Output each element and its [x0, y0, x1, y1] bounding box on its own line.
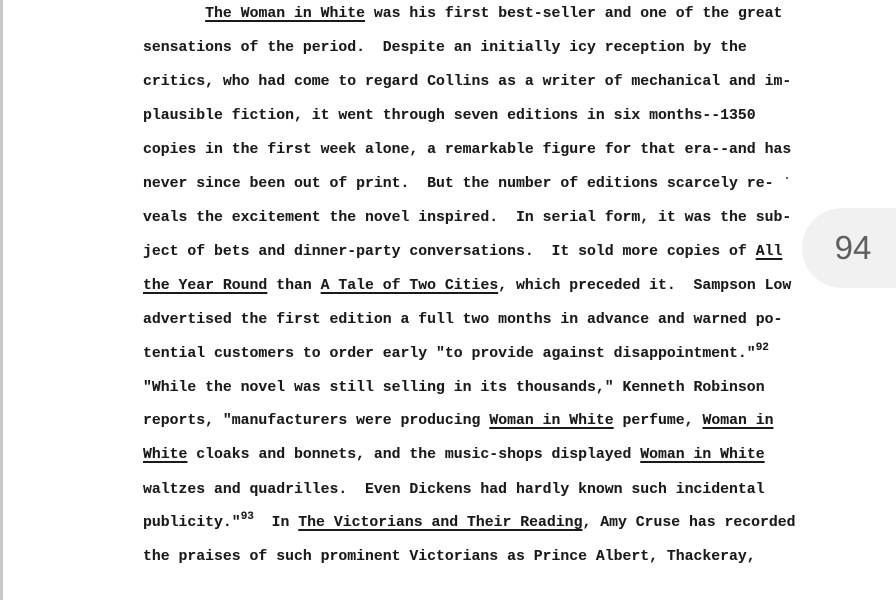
text-line: waltzes and quadrilles. Even Dickens had… [143, 480, 765, 500]
text-run: plausible fiction, it went through seven… [143, 108, 756, 124]
text-run: critics, who had come to regard Collins … [143, 74, 791, 90]
text-run: veals the excitement the novel inspired.… [143, 210, 791, 226]
text-line: copies in the first week alone, a remark… [143, 140, 791, 160]
text-run [143, 6, 205, 22]
title-reference: the Year Round [143, 278, 267, 294]
title-reference: White [143, 447, 187, 463]
text-run: the praises of such prominent Victorians… [143, 549, 756, 565]
text-line: advertised the first edition a full two … [143, 310, 782, 330]
viewer-left-border [0, 0, 3, 600]
title-reference: The Woman in White [205, 6, 365, 22]
text-run: , Amy Cruse has recorded [582, 515, 795, 531]
footnote-marker: 93 [241, 511, 254, 523]
text-run: publicity." [143, 515, 241, 531]
title-reference: The Victorians and Their Reading [298, 515, 582, 531]
text-line: the Year Round than A Tale of Two Cities… [143, 276, 791, 296]
text-run: reports, "manufacturers were producing [143, 413, 489, 429]
text-run: ject of bets and dinner-party conversati… [143, 244, 756, 260]
title-reference: All [756, 244, 783, 260]
text-run: "While the novel was still selling in it… [143, 380, 765, 396]
text-run: sensations of the period. Despite an ini… [143, 40, 747, 56]
text-run: waltzes and quadrilles. Even Dickens had… [143, 482, 765, 498]
page-number: 94 [835, 229, 872, 267]
text-run: tential customers to order early "to pro… [143, 346, 756, 362]
text-line: never since been out of print. But the n… [143, 174, 773, 194]
text-run: , which preceded it. Sampson Low [498, 278, 791, 294]
scan-speck [786, 177, 788, 179]
page-number-indicator: 94 [802, 208, 896, 288]
title-reference: Woman in [702, 413, 773, 429]
text-line: critics, who had come to regard Collins … [143, 72, 791, 92]
text-run: never since been out of print. But the n… [143, 176, 773, 192]
text-line: reports, "manufacturers were producing W… [143, 411, 773, 431]
title-reference: Woman in White [489, 413, 613, 429]
text-line: "While the novel was still selling in it… [143, 378, 765, 398]
footnote-marker: 92 [756, 342, 769, 354]
text-run: In [254, 515, 298, 531]
title-reference: A Tale of Two Cities [321, 278, 499, 294]
text-line: The Woman in White was his first best-se… [143, 4, 782, 24]
text-line: publicity."93 In The Victorians and Thei… [143, 513, 796, 533]
text-line: White cloaks and bonnets, and the music-… [143, 445, 765, 465]
text-run: copies in the first week alone, a remark… [143, 142, 791, 158]
text-run: advertised the first edition a full two … [143, 312, 782, 328]
text-line: tential customers to order early "to pro… [143, 344, 769, 364]
text-line: the praises of such prominent Victorians… [143, 547, 756, 567]
text-run: than [267, 278, 320, 294]
text-run: was his first best-seller and one of the… [365, 6, 782, 22]
text-line: sensations of the period. Despite an ini… [143, 38, 747, 58]
text-line: veals the excitement the novel inspired.… [143, 208, 791, 228]
text-line: ject of bets and dinner-party conversati… [143, 242, 782, 262]
text-run: cloaks and bonnets, and the music-shops … [187, 447, 640, 463]
text-line: plausible fiction, it went through seven… [143, 106, 756, 126]
title-reference: Woman in White [640, 447, 764, 463]
text-run: perfume, [614, 413, 703, 429]
